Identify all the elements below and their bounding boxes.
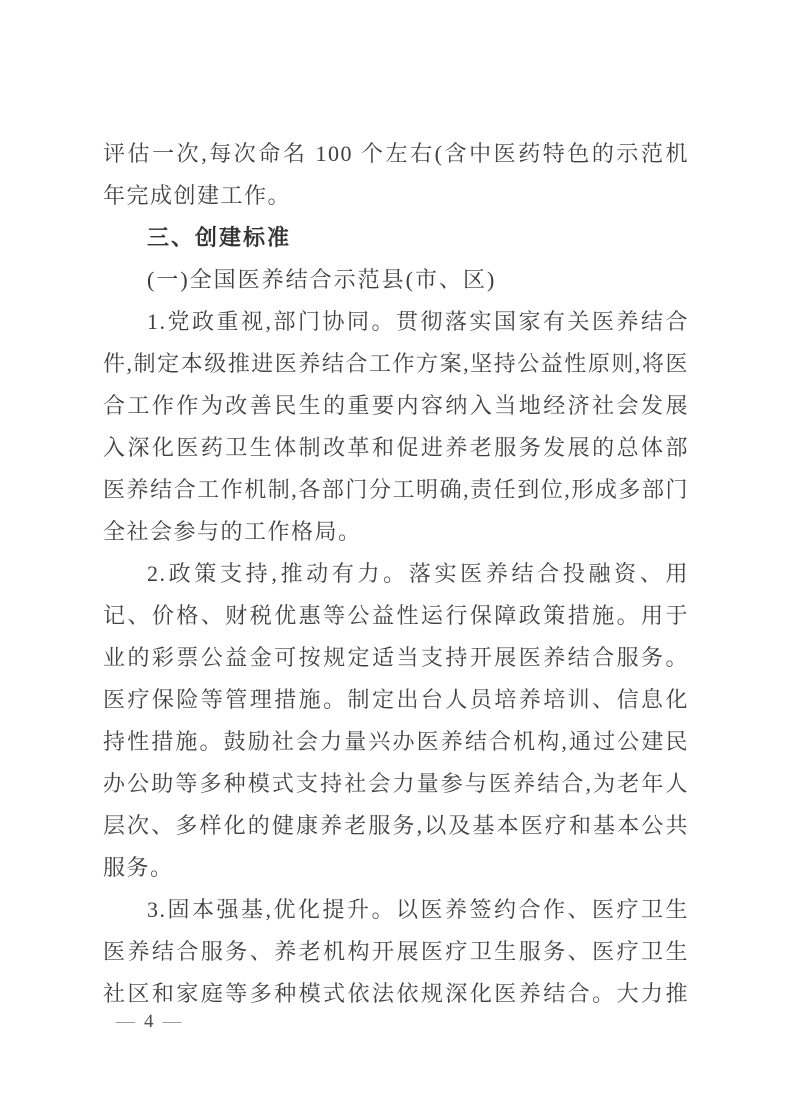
page-footer: —4— [116,1001,182,1043]
text-line: 记、价格、财税优惠等公益性运行保障政策措施。用于社会福利事 [103,595,689,637]
page-number: 4 [144,1011,154,1032]
section-heading: 三、创建标准 [103,217,689,259]
text-line: 医养结合服务、养老机构开展医疗卫生服务、医疗卫生服务延伸至 [103,931,689,973]
footer-dash-right: — [163,1011,182,1032]
text-line: 件,制定本级推进医养结合工作方案,坚持公益性原则,将医养结 [103,343,689,385]
text-line: 医疗保险等管理措施。制定出台人员培养培训、信息化等相关支 [103,679,689,721]
text-line: 业的彩票公益金可按规定适当支持开展医养结合服务。完善基本 [103,637,689,679]
text-line: 合工作作为改善民生的重要内容纳入当地经济社会发展规划,纳 [103,385,689,427]
text-line: 医养结合工作机制,各部门分工明确,责任到位,形成多部门协同、 [103,469,689,511]
text-line: 入深化医药卫生体制改革和促进养老服务发展的总体部署。建立 [103,427,689,469]
text-line: 评估一次,每次命名 100 个左右(含中医药特色的示范机构),2030 [103,133,689,175]
text-line: 年完成创建工作。 [103,175,689,217]
document-page: 评估一次,每次命名 100 个左右(含中医药特色的示范机构),2030 年完成创… [0,0,789,1118]
footer-dash-left: — [116,1011,135,1032]
text-line: 社区和家庭等多种模式依法依规深化医养结合。大力推进居家和 [103,973,689,1015]
text-line: 3.固本强基,优化提升。以医养签约合作、医疗卫生机构开展 [103,889,689,931]
document-body: 评估一次,每次命名 100 个左右(含中医药特色的示范机构),2030 年完成创… [103,133,689,1015]
subsection-heading: (一)全国医养结合示范县(市、区) [103,259,689,301]
text-line: 办公助等多种模式支持社会力量参与医养结合,为老年人提供多 [103,763,689,805]
text-line: 全社会参与的工作格局。 [103,511,689,553]
text-line: 1.党政重视,部门协同。贯彻落实国家有关医养结合政策文 [103,301,689,343]
text-line: 服务。 [103,847,689,889]
text-line: 层次、多样化的健康养老服务,以及基本医疗和基本公共卫生等 [103,805,689,847]
text-line: 持性措施。鼓励社会力量兴办医养结合机构,通过公建民营或民 [103,721,689,763]
text-line: 2.政策支持,推动有力。落实医养结合投融资、用地、审批登 [103,553,689,595]
